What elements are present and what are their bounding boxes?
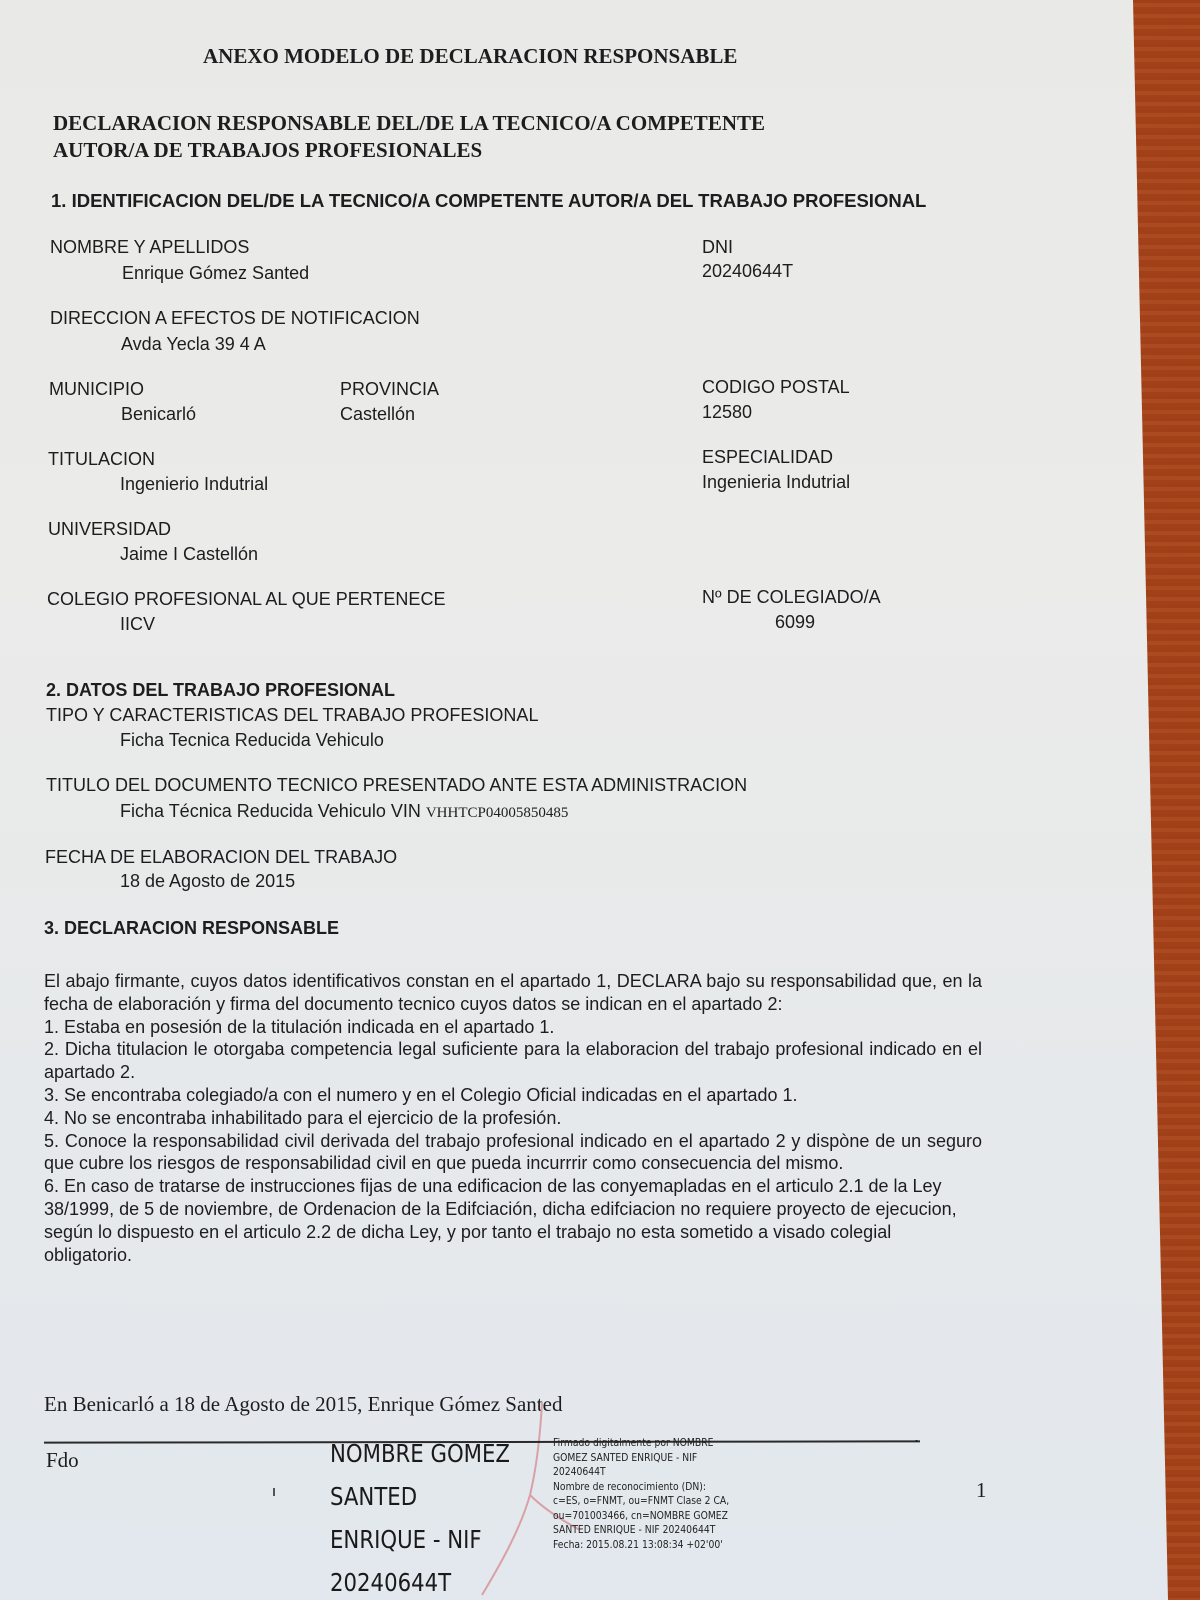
value-codigo-postal: 12580 [702,401,752,423]
declaration-item-5: 5. Conoce la responsabilidad civil deriv… [44,1130,982,1176]
label-colegio: COLEGIO PROFESIONAL AL QUE PERTENECE [47,588,445,610]
label-titulacion: TITULACION [48,448,155,470]
label-direccion: DIRECCION A EFECTOS DE NOTIFICACION [50,307,420,329]
value-nombre: Enrique Gómez Santed [122,262,309,284]
label-dni: DNI [702,236,733,258]
section-3-heading: 3. DECLARACION RESPONSABLE [44,918,339,939]
document-title-line-1: DECLARACION RESPONSABLE DEL/DE LA TECNIC… [53,110,765,137]
stray-ink-mark [273,1488,275,1496]
value-colegio: IICV [120,613,155,635]
label-provincia: PROVINCIA [340,378,439,400]
sig-detail-line: 20240644T [553,1465,729,1480]
label-fecha-elaboracion: FECHA DE ELABORACION DEL TRABAJO [45,846,397,868]
label-tipo-trabajo: TIPO Y CARACTERISTICAS DEL TRABAJO PROFE… [46,704,538,726]
signer-line-1: NOMBRE GOMEZ [330,1432,510,1475]
declaration-body: El abajo firmante, cuyos datos identific… [44,970,982,1266]
value-fecha-elaboracion: 18 de Agosto de 2015 [120,870,295,892]
value-municipio: Benicarló [121,403,196,425]
declaration-item-4: 4. No se encontraba inhabilitado para el… [44,1107,982,1130]
document-page: ANEXO MODELO DE DECLARACION RESPONSABLE … [0,0,1200,1600]
label-codigo-postal: CODIGO POSTAL [702,376,850,398]
vin-number: VHHTCP04005850485 [426,805,569,821]
sig-detail-line: Firmado digitalmente por NOMBRE [553,1436,729,1451]
sig-detail-line: SANTED ENRIQUE - NIF 20240644T [553,1523,729,1538]
sig-detail-line: ou=701003466, cn=NOMBRE GOMEZ [553,1509,729,1524]
value-tipo-trabajo: Ficha Tecnica Reducida Vehiculo [120,729,384,751]
value-num-colegiado: 6099 [775,611,815,633]
annex-title: ANEXO MODELO DE DECLARACION RESPONSABLE [203,44,737,69]
section-2-heading: 2. DATOS DEL TRABAJO PROFESIONAL [46,680,395,701]
value-universidad: Jaime I Castellón [120,543,258,565]
document-title: DECLARACION RESPONSABLE DEL/DE LA TECNIC… [53,110,765,164]
signer-line-2: SANTED [330,1475,510,1518]
label-universidad: UNIVERSIDAD [48,518,171,540]
fdo-label: Fdo [46,1448,79,1473]
document-title-text: Ficha Técnica Reducida Vehiculo VIN [120,801,426,821]
signature-line-end-dot: . [914,1426,919,1447]
value-titulo-documento: Ficha Técnica Reducida Vehiculo VIN VHHT… [120,800,568,824]
label-num-colegiado: Nº DE COLEGIADO/A [702,586,881,608]
sig-detail-line: Nombre de reconocimiento (DN): [553,1480,729,1495]
digital-signature-details: Firmado digitalmente por NOMBRE GOMEZ SA… [553,1436,729,1552]
document-title-line-2: AUTOR/A DE TRABAJOS PROFESIONALES [53,137,765,164]
sig-detail-line: c=ES, o=FNMT, ou=FNMT Clase 2 CA, [553,1494,729,1509]
declaration-item-3: 3. Se encontraba colegiado/a con el nume… [44,1084,982,1107]
value-dni: 20240644T [702,260,793,282]
digital-signer-name: NOMBRE GOMEZ SANTED ENRIQUE - NIF 202406… [330,1432,510,1600]
label-nombre: NOMBRE Y APELLIDOS [50,236,249,258]
signer-line-4: 20240644T [330,1561,510,1600]
sig-detail-line: GOMEZ SANTED ENRIQUE - NIF [553,1451,729,1466]
value-direccion: Avda Yecla 39 4 A [121,333,266,355]
declaration-item-2: 2. Dicha titulacion le otorgaba competen… [44,1038,982,1084]
sig-detail-line: Fecha: 2015.08.21 13:08:34 +02'00' [553,1538,729,1553]
label-titulo-documento: TITULO DEL DOCUMENTO TECNICO PRESENTADO … [46,774,747,796]
value-especialidad: Ingenieria Indutrial [702,471,850,493]
value-provincia: Castellón [340,403,415,425]
declaration-intro: El abajo firmante, cuyos datos identific… [44,970,982,1016]
page-number: 1 [976,1478,987,1503]
signer-line-3: ENRIQUE - NIF [330,1518,510,1561]
label-especialidad: ESPECIALIDAD [702,446,833,468]
value-titulacion: Ingenierio Indutrial [120,473,268,495]
declaration-item-1: 1. Estaba en posesión de la titulación i… [44,1016,982,1039]
section-1-heading: 1. IDENTIFICACION DEL/DE LA TECNICO/A CO… [51,189,971,213]
label-municipio: MUNICIPIO [49,378,144,400]
declaration-item-6: 6. En caso de tratarse de instrucciones … [44,1175,982,1266]
